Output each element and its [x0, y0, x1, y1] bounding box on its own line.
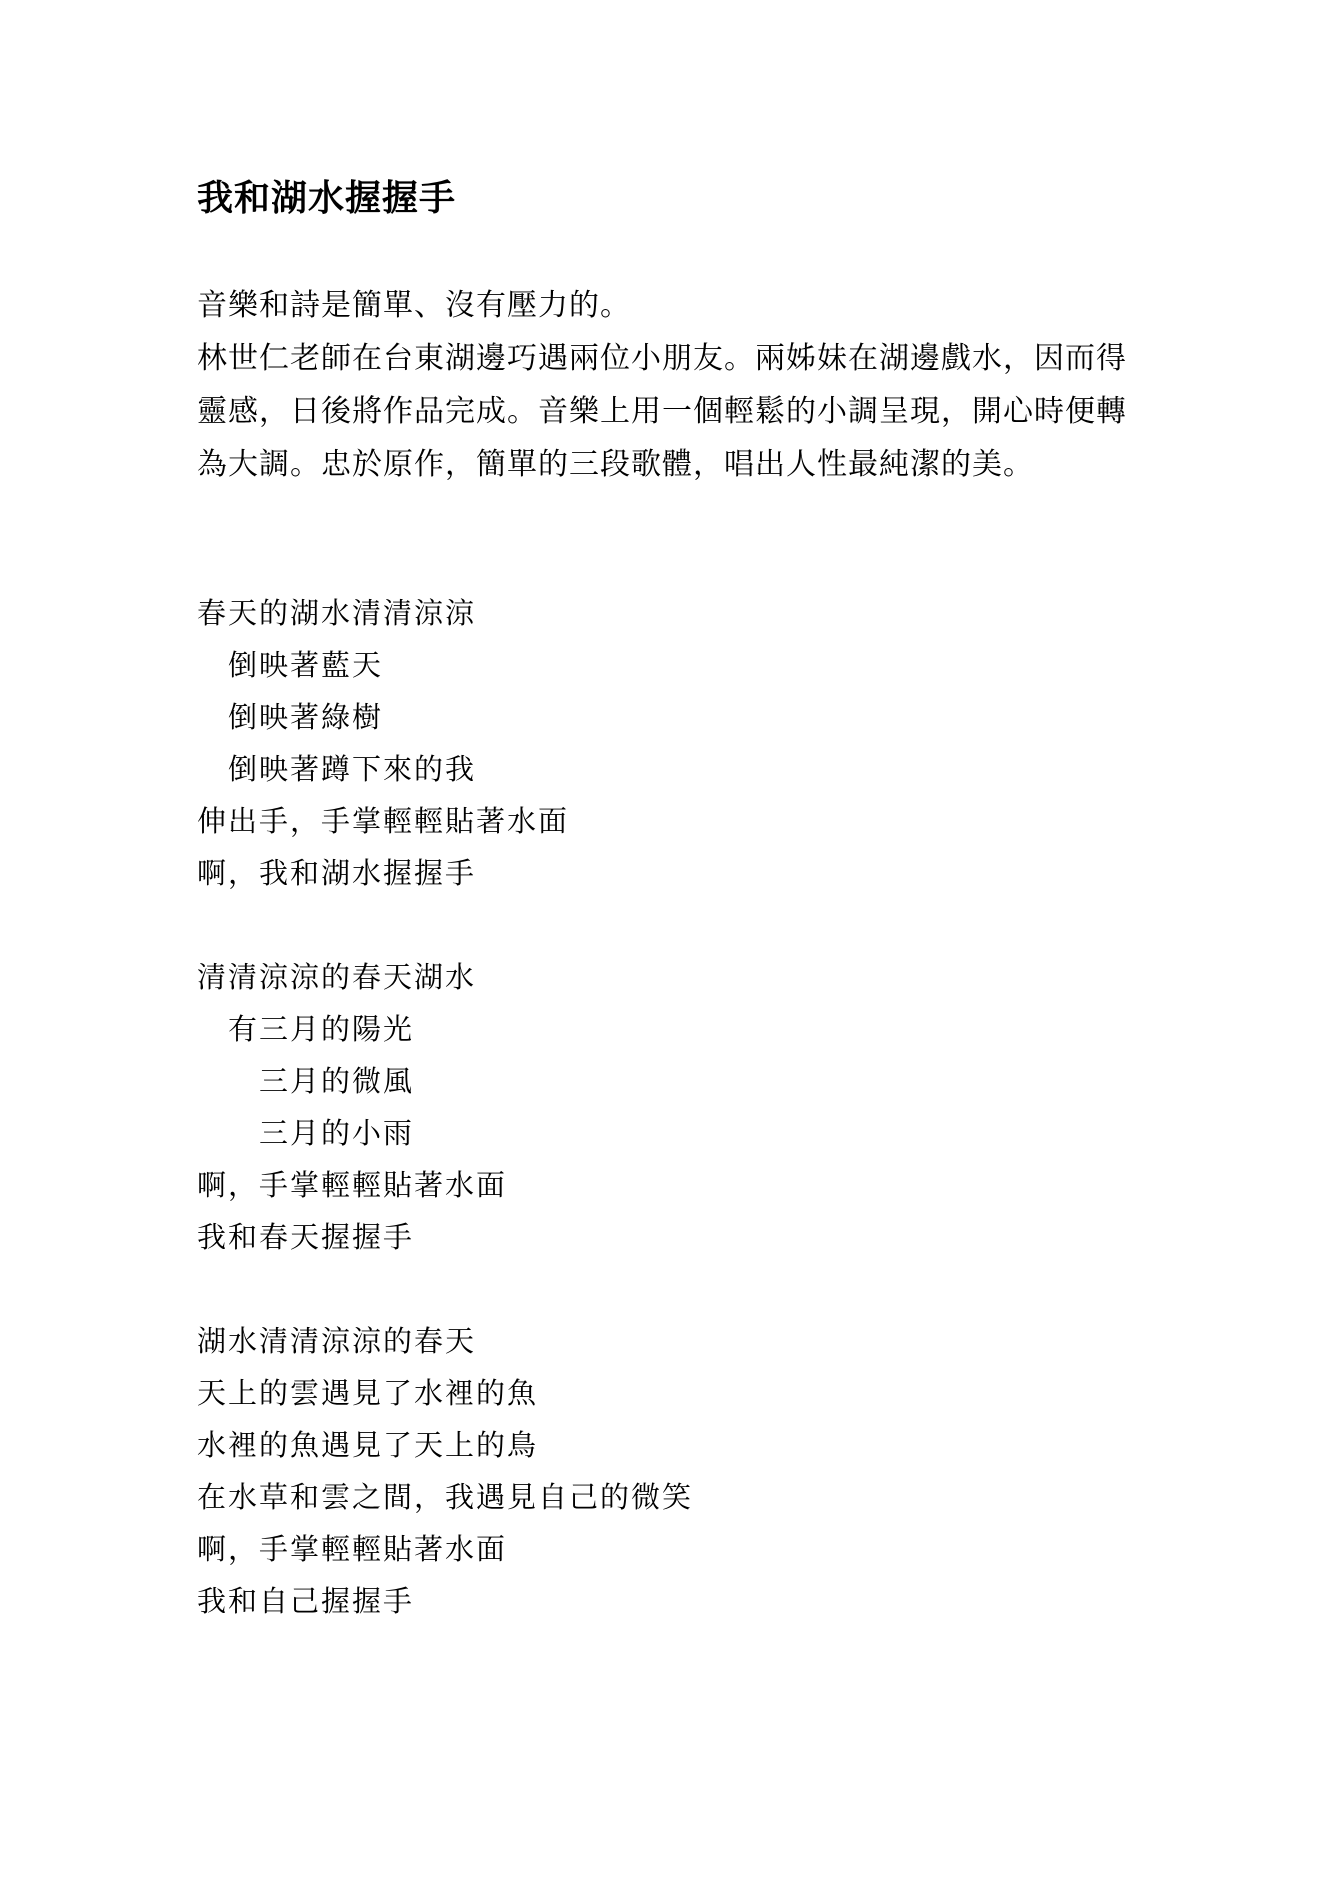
poem-line: 倒映著蹲下來的我: [197, 744, 1336, 796]
intro-paragraph: 音樂和詩是簡單、沒有壓力的。 林世仁老師在台東湖邊巧遇兩位小朋友。兩姊妹在湖邊戲…: [197, 279, 1336, 491]
intro-line: 靈感，日後將作品完成。音樂上用一個輕鬆的小調呈現，開心時便轉: [197, 385, 1336, 438]
poem-line: 啊，手掌輕輕貼著水面: [197, 1524, 1336, 1576]
poem-line: 倒映著綠樹: [197, 692, 1336, 744]
poem-line: 水裡的魚遇見了天上的鳥: [197, 1420, 1336, 1472]
poem-stanza-3: 湖水清清涼涼的春天 天上的雲遇見了水裡的魚 水裡的魚遇見了天上的鳥 在水草和雲之…: [197, 1316, 1336, 1628]
intro-line: 為大調。忠於原作，簡單的三段歌體，唱出人性最純潔的美。: [197, 438, 1336, 491]
poem-line: 三月的微風: [197, 1056, 1336, 1108]
intro-line: 林世仁老師在台東湖邊巧遇兩位小朋友。兩姊妹在湖邊戲水，因而得: [197, 332, 1336, 385]
poem-line: 倒映著藍天: [197, 640, 1336, 692]
poem-line: 有三月的陽光: [197, 1004, 1336, 1056]
poem-line: 湖水清清涼涼的春天: [197, 1316, 1336, 1368]
poem-line: 我和自己握握手: [197, 1576, 1336, 1628]
poem-line: 三月的小雨: [197, 1108, 1336, 1160]
poem-line: 在水草和雲之間，我遇見自己的微笑: [197, 1472, 1336, 1524]
poem-stanza-1: 春天的湖水清清涼涼 倒映著藍天 倒映著綠樹 倒映著蹲下來的我 伸出手，手掌輕輕貼…: [197, 588, 1336, 900]
poem-line: 我和春天握握手: [197, 1212, 1336, 1264]
poem-line: 春天的湖水清清涼涼: [197, 588, 1336, 640]
poem-line: 啊，手掌輕輕貼著水面: [197, 1160, 1336, 1212]
intro-line: 音樂和詩是簡單、沒有壓力的。: [197, 279, 1336, 332]
poem-line: 啊，我和湖水握握手: [197, 848, 1336, 900]
poem-stanza-2: 清清涼涼的春天湖水 有三月的陽光 三月的微風 三月的小雨 啊，手掌輕輕貼著水面 …: [197, 952, 1336, 1264]
poem-line: 清清涼涼的春天湖水: [197, 952, 1336, 1004]
poem-line: 天上的雲遇見了水裡的魚: [197, 1368, 1336, 1420]
poem-line: 伸出手，手掌輕輕貼著水面: [197, 796, 1336, 848]
document-page: 我和湖水握握手 音樂和詩是簡單、沒有壓力的。 林世仁老師在台東湖邊巧遇兩位小朋友…: [0, 0, 1336, 1896]
page-title: 我和湖水握握手: [197, 177, 1336, 219]
